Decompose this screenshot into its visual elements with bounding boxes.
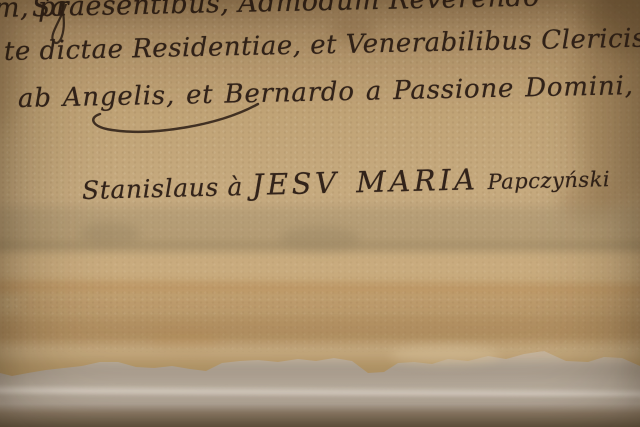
- photo-vignette: [0, 0, 640, 427]
- framed-manuscript-photo: m, praesentibus, Admodum ReverendoSa te …: [0, 0, 640, 427]
